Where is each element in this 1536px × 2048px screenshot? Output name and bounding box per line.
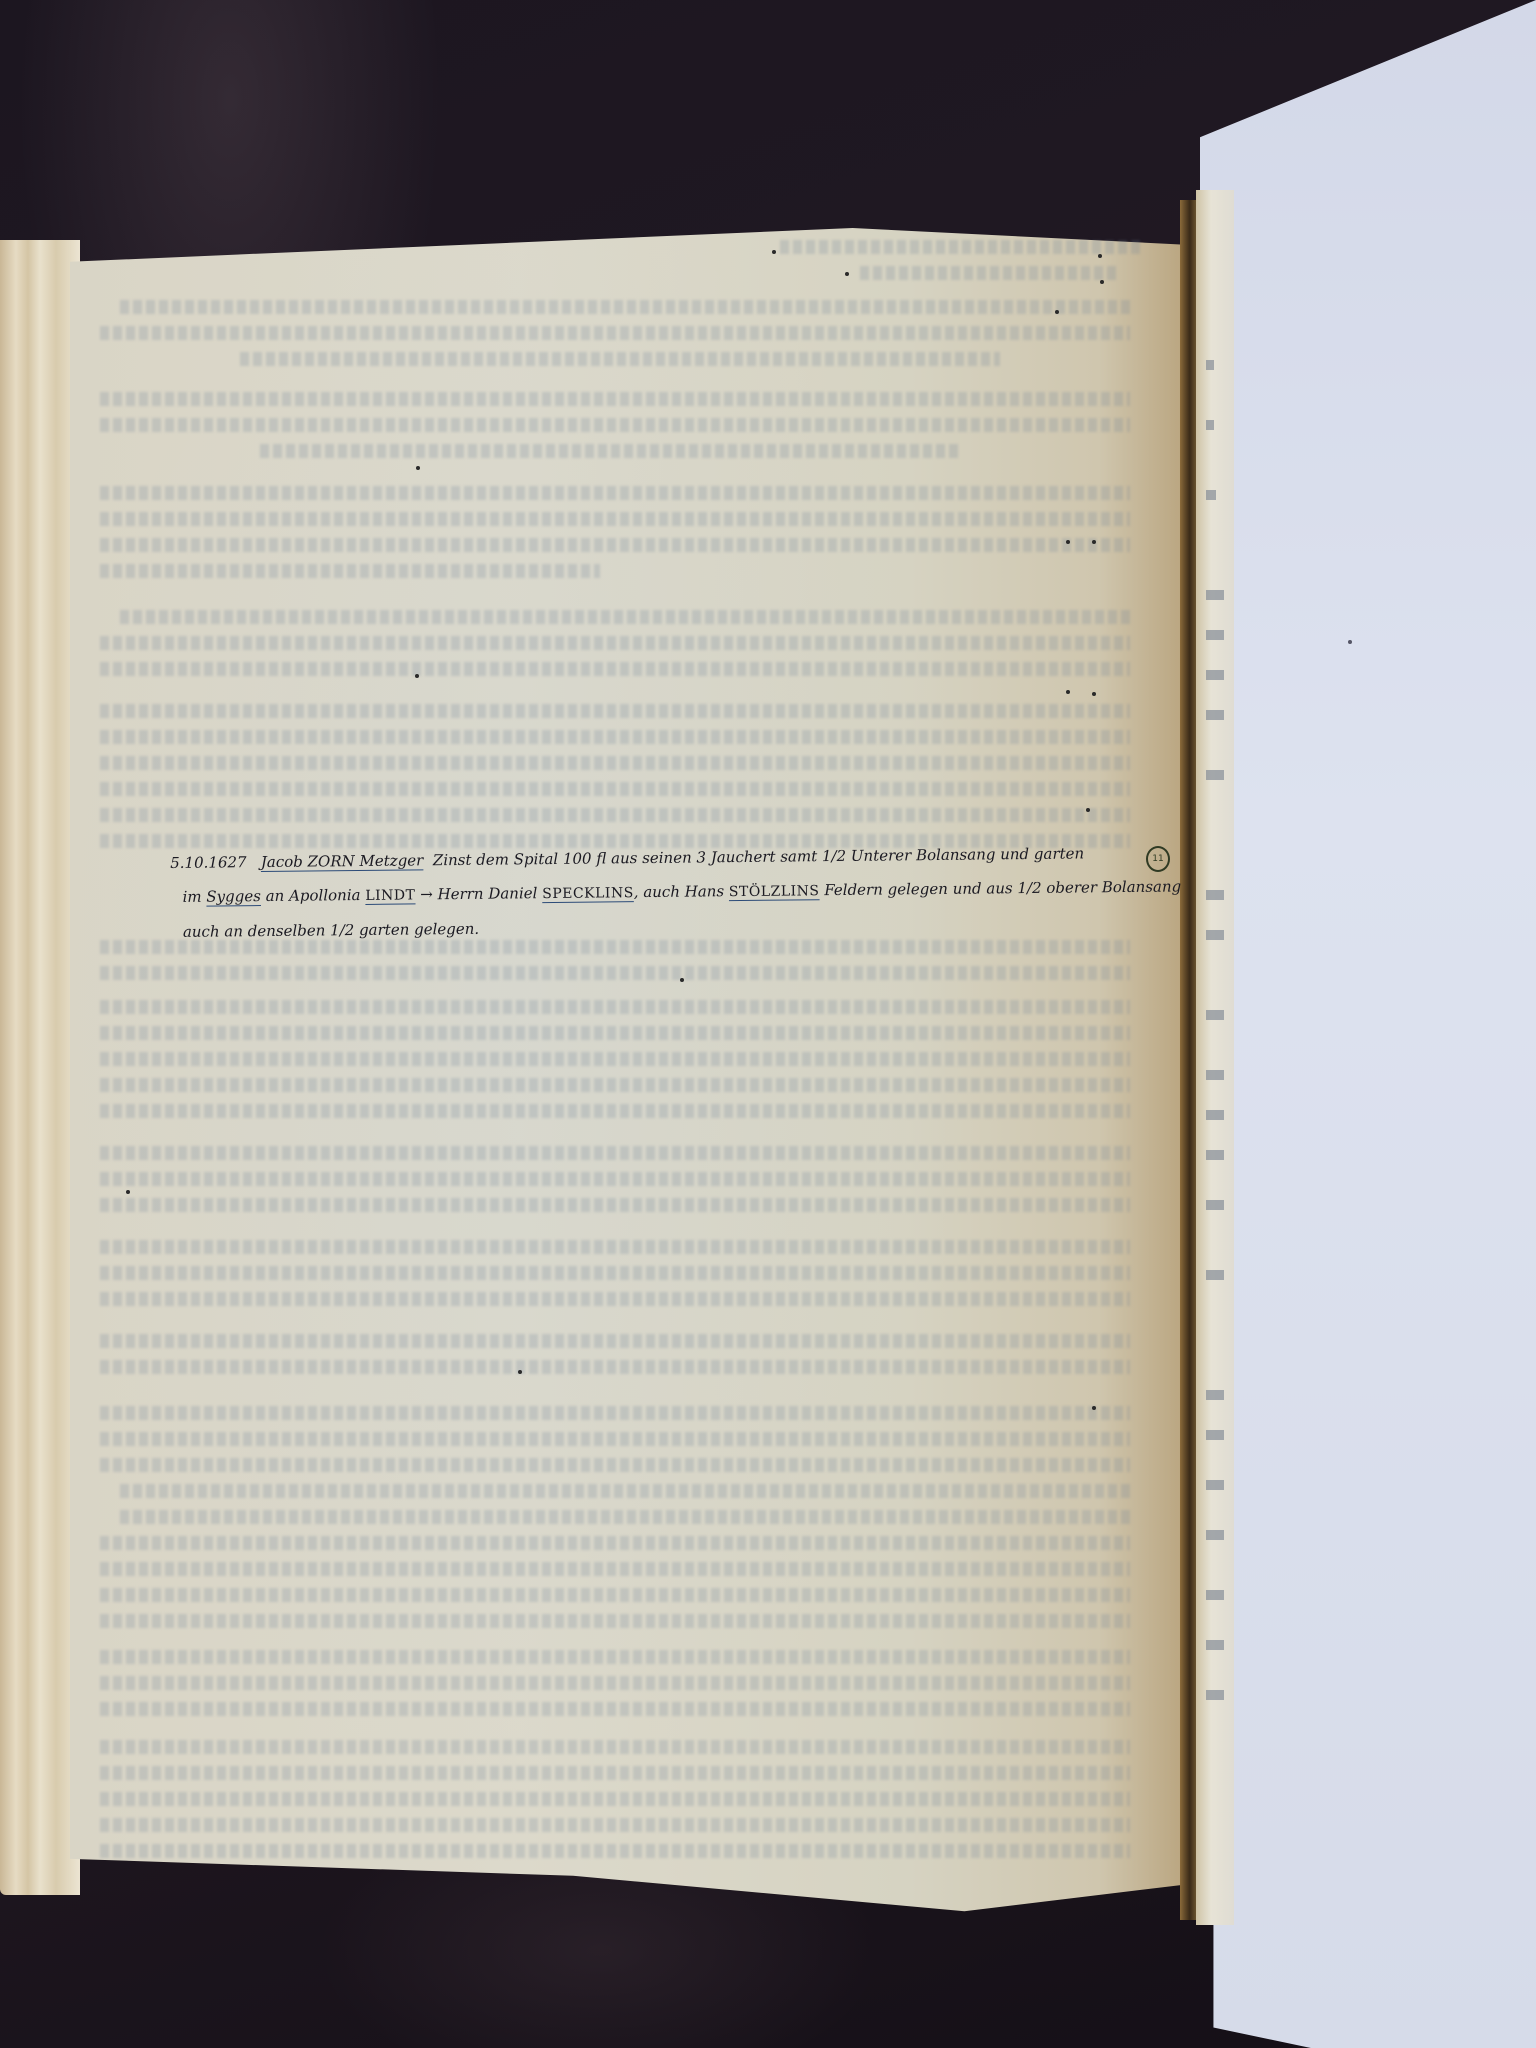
strip-text (1206, 1640, 1224, 1650)
strip-text (1206, 630, 1224, 640)
annotation-text: auch an denselben 1/2 garten gelegen. (183, 920, 479, 941)
strip-text (1206, 1590, 1224, 1600)
strip-text (1206, 770, 1224, 780)
annotation-text: im (182, 888, 201, 906)
strip-text (1206, 1430, 1224, 1440)
book-page-edges (0, 240, 80, 1895)
book-gutter (1180, 200, 1196, 1920)
strip-text (1206, 1150, 1224, 1160)
strip-text (1206, 1200, 1224, 1210)
left-page (70, 228, 1188, 1918)
annotation-place: Sygges (206, 887, 261, 906)
right-blank-page (1200, 0, 1536, 2048)
strip-text (1206, 890, 1224, 900)
annotation-person-name: Jacob ZORN Metzger (261, 851, 424, 871)
strip-text (1206, 590, 1224, 600)
handwritten-annotation: 5.10.1627 Jacob ZORN Metzger Zinst dem S… (170, 836, 1171, 949)
strip-text (1206, 1070, 1224, 1080)
annotation-text: → Herrn Daniel (420, 884, 537, 903)
annotation-text: , auch Hans (634, 882, 725, 901)
strip-text (1206, 670, 1224, 680)
strip-text (1206, 490, 1216, 500)
annotation-text: an Apollonia (266, 886, 361, 905)
strip-text (1206, 360, 1214, 370)
circled-number-badge: 11 (1146, 846, 1170, 872)
strip-text (1206, 1010, 1224, 1020)
strip-text (1206, 1690, 1224, 1700)
annotation-text: Zinst dem Spital 100 fl aus seinen 3 Jau… (433, 844, 1084, 869)
speck (1348, 640, 1352, 644)
strip-text (1206, 710, 1224, 720)
strip-text (1206, 930, 1224, 940)
annotation-name-stoelzlin: STÖLZLINS (729, 883, 820, 900)
annotation-name-specklin: SPECKLINS (542, 885, 634, 902)
annotation-text: Feldern gelegen und aus 1/2 oberer Bolan… (824, 877, 1181, 899)
strip-text (1206, 1390, 1224, 1400)
strip-text (1206, 1480, 1224, 1490)
next-page-strip (1196, 190, 1234, 1925)
annotation-date: 5.10.1627 (170, 853, 247, 872)
strip-text (1206, 1110, 1224, 1120)
strip-text (1206, 1530, 1224, 1540)
strip-text (1206, 420, 1214, 430)
annotation-name-lindt: LINDT (365, 887, 415, 904)
strip-text (1206, 1270, 1224, 1280)
